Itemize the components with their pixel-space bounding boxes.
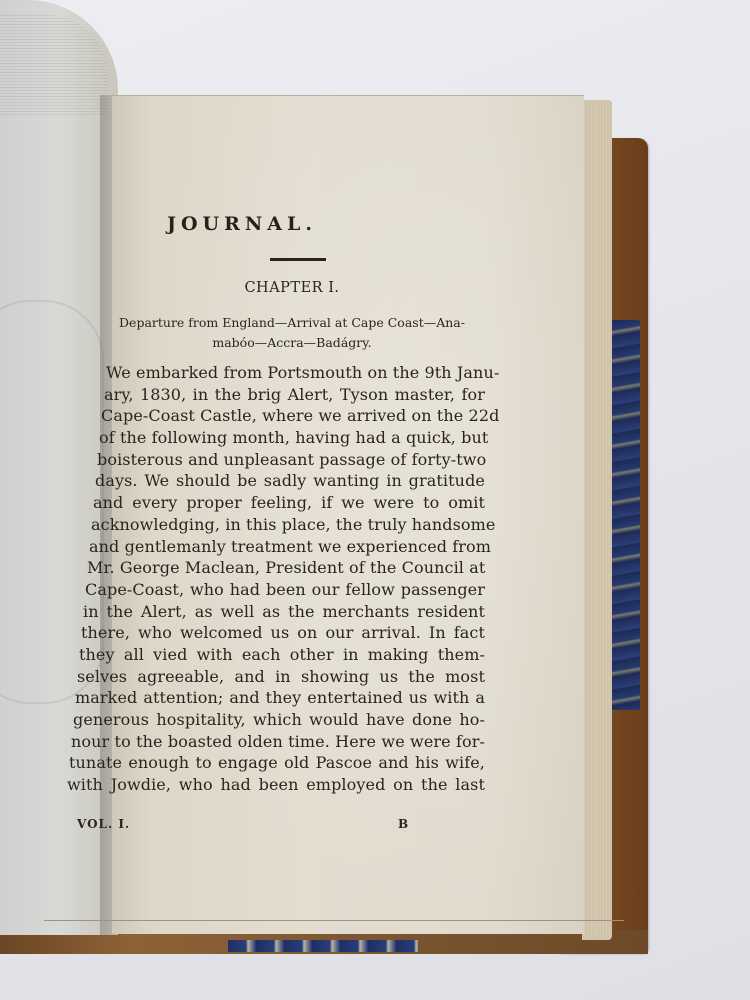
title-rule: [270, 258, 326, 261]
text-line: selves agreeable, and in showing us the …: [64, 666, 485, 688]
page-bottom-edge-line: [44, 920, 624, 921]
text-line: We embarked from Portsmouth on the 9th J…: [64, 362, 485, 384]
text-line: marked attention; and they entertained u…: [64, 687, 485, 709]
text-line: in the Alert, as well as the merchants r…: [64, 601, 485, 623]
text-line: there, who welcomed us on our arrival. I…: [64, 622, 485, 644]
page-block-edges: [582, 100, 612, 940]
text-line: Cape-Coast Castle, where we arrived on t…: [64, 405, 485, 427]
signature-mark: B: [398, 817, 408, 831]
text-line: generous hospitality, which would have d…: [64, 709, 485, 731]
text-line: of the following month, having had a qui…: [64, 427, 485, 449]
text-line: with Jowdie, who had been employed on th…: [64, 774, 485, 796]
text-line: boisterous and unpleasant passage of for…: [64, 449, 485, 471]
text-line: and every proper feeling, if we were to …: [64, 492, 485, 514]
body-text: We embarked from Portsmouth on the 9th J…: [64, 362, 485, 796]
text-line: tunate enough to engage old Pascoe and h…: [64, 752, 485, 774]
text-line: nour to the boasted olden time. Here we …: [64, 731, 485, 753]
chapter-heading: CHAPTER I.: [112, 280, 472, 296]
marbled-bottom-edge: [228, 940, 418, 952]
chapter-summary-line: Departure from England—Arrival at Cape C…: [112, 313, 472, 333]
text-line: Cape-Coast, who had been our fellow pass…: [64, 579, 485, 601]
text-line: Mr. George Maclean, President of the Cou…: [64, 557, 485, 579]
text-line: they all vied with each other in making …: [64, 644, 485, 666]
text-line: acknowledging, in this place, the truly …: [64, 514, 485, 536]
text-line: and gentlemanly treatment we experienced…: [64, 536, 485, 558]
left-page-tissue-texture: [0, 15, 108, 115]
text-line: ary, 1830, in the brig Alert, Tyson mast…: [64, 384, 485, 406]
text-line: days. We should be sadly wanting in grat…: [64, 470, 485, 492]
marbled-board-edge: [612, 320, 640, 710]
chapter-summary: Departure from England—Arrival at Cape C…: [112, 313, 472, 353]
running-title: JOURNAL.: [112, 213, 372, 235]
volume-footer: VOL. I.: [77, 817, 130, 831]
chapter-summary-line: mabóo—Accra—Badágry.: [112, 333, 472, 353]
